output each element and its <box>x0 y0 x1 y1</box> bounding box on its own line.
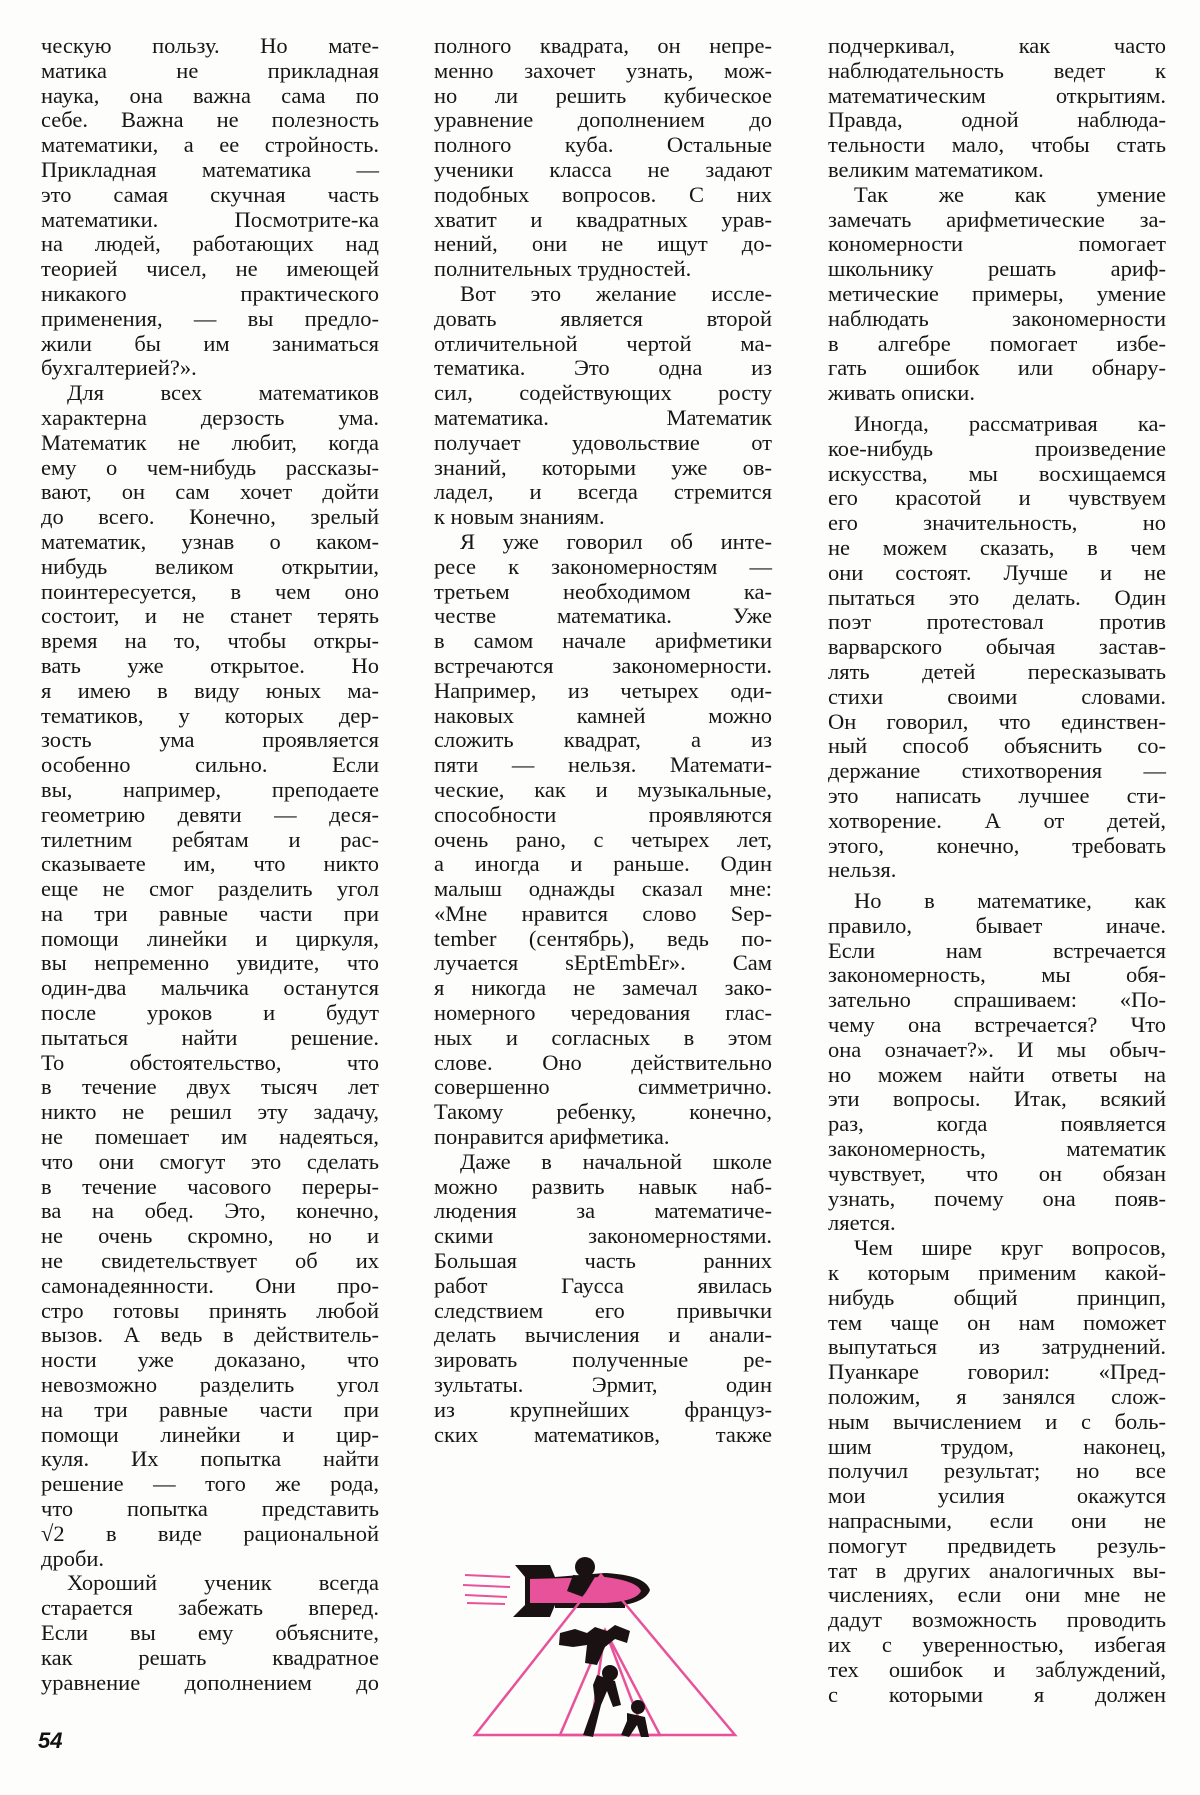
text-line: вать уже открытое. Но <box>41 654 379 679</box>
text-line: эти вопросы. Итак, всякий <box>828 1087 1166 1112</box>
text-line: тематиков, у которых дер- <box>41 704 379 729</box>
text-line: получил результат; но все <box>828 1459 1166 1484</box>
text-line: третьем необходимом ка- <box>434 580 772 605</box>
text-line: до всего. Конечно, зрелый <box>41 505 379 530</box>
text-line: один-два мальчика останутся <box>41 976 379 1001</box>
text-line: Например, из четырех оди- <box>434 679 772 704</box>
text-line: ученики класса не задают <box>434 158 772 183</box>
text-line: жили бы им заниматься <box>41 332 379 357</box>
text-line: закономерность, математик <box>828 1137 1166 1162</box>
paragraph: подчеркивал, как частонаблюдательность в… <box>828 34 1166 183</box>
text-line: применения, — вы предло- <box>41 307 379 332</box>
text-line: ным вычислением и с боль- <box>828 1410 1166 1435</box>
text-line: состоит, и не станет терять <box>41 604 379 629</box>
text-line: хотворение. А от детей, <box>828 809 1166 834</box>
text-line: дроби. <box>41 1547 379 1572</box>
text-line: в течение двух тысяч лет <box>41 1075 379 1100</box>
text-line: куля. Их попытка найти <box>41 1447 379 1472</box>
text-line: Для всех математиков <box>41 381 379 406</box>
text-line: стро готовы принять любой <box>41 1299 379 1324</box>
text-line: людения за математиче- <box>434 1199 772 1224</box>
text-line: никакого практического <box>41 282 379 307</box>
text-line: в самом начале арифметики <box>434 629 772 654</box>
text-line: Но в математике, как <box>828 889 1166 914</box>
text-line: характерна дерзость ума. <box>41 406 379 431</box>
text-line: живать описки. <box>828 381 1166 406</box>
text-line: к которым применим какой- <box>828 1261 1166 1286</box>
text-line: тилетним ребятам и рас- <box>41 828 379 853</box>
text-line: Вот это желание иссле- <box>434 282 772 307</box>
text-line: но ли решить кубическое <box>434 84 772 109</box>
text-line: как решать квадратное <box>41 1646 379 1671</box>
text-line: правило, бывает иначе. <box>828 914 1166 939</box>
rocket-pyramid-illustration <box>455 1505 755 1745</box>
text-line: никто не решил эту задачу, <box>41 1100 379 1125</box>
text-line: Если нам встречается <box>828 939 1166 964</box>
text-line: Так же как умение <box>828 183 1166 208</box>
text-line: ческие, как и музыкальные, <box>434 778 772 803</box>
text-line: не свидетельствует об их <box>41 1249 379 1274</box>
text-line: отличительной чертой ма- <box>434 332 772 357</box>
text-line: держание стихотворения — <box>828 759 1166 784</box>
text-line: Такому ребенку, конечно, <box>434 1100 772 1125</box>
text-line: совершенно симметрично. <box>434 1075 772 1100</box>
text-line: слове. Оно действительно <box>434 1051 772 1076</box>
text-line: еще не смог разделить угол <box>41 877 379 902</box>
text-line: вызов. А ведь в действитель- <box>41 1323 379 1348</box>
text-line: я имею в виду юных ма- <box>41 679 379 704</box>
text-line: ности уже доказано, что <box>41 1348 379 1373</box>
text-line: я никогда не замечал зако- <box>434 976 772 1001</box>
text-line: искусства, мы восхищаемся <box>828 462 1166 487</box>
text-line: поинтересуется, в чем оно <box>41 580 379 605</box>
text-line: ческую пользу. Но мате- <box>41 34 379 59</box>
text-line: себе. Важна не полезность <box>41 108 379 133</box>
text-line: поэт протестовал против <box>828 610 1166 635</box>
text-line: на людей, работающих над <box>41 232 379 257</box>
text-line: наука, она важна сама по <box>41 84 379 109</box>
text-line: лучается sEptEmbEr». Сам <box>434 951 772 976</box>
text-line: его значительность, но <box>828 511 1166 536</box>
text-line: не можем сказать, в чем <box>828 536 1166 561</box>
text-line: «Мне нравится слово Sep- <box>434 902 772 927</box>
text-line: что попытка представить <box>41 1497 379 1522</box>
page-number: 54 <box>38 1728 62 1754</box>
text-line: из крупнейших француз- <box>434 1398 772 1423</box>
paragraph: Я уже говорил об инте-ресе к закономерно… <box>434 530 772 1150</box>
text-line: его красотой и чувствуем <box>828 486 1166 511</box>
text-line: особенно сильно. Если <box>41 753 379 778</box>
text-line: Прикладная математика — <box>41 158 379 183</box>
text-line: довать является второй <box>434 307 772 332</box>
text-line: матика не прикладная <box>41 59 379 84</box>
text-line: к новым знаниям. <box>434 505 772 530</box>
text-line: встречаются закономерности. <box>434 654 772 679</box>
text-line: скими закономерностями. <box>434 1224 772 1249</box>
text-line: ских математиков, также <box>434 1423 772 1448</box>
paragraph: Хороший ученик всегдастарается забежать … <box>41 1571 379 1695</box>
text-line: Даже в начальной школе <box>434 1150 772 1175</box>
text-line: решение — того же рода, <box>41 1472 379 1497</box>
text-line: вают, он сам хочет дойти <box>41 480 379 505</box>
text-line: они состоят. Лучше и не <box>828 561 1166 586</box>
paragraph: Даже в начальной школеможно развить навы… <box>434 1150 772 1448</box>
text-line: tember (сентябрь), ведь по- <box>434 927 772 952</box>
paragraph: Так же как умениезамечать арифметические… <box>828 183 1166 406</box>
text-line: тат в других аналогичных вы- <box>828 1559 1166 1584</box>
paragraph: Но в математике, какправило, бывает инач… <box>828 889 1166 1236</box>
text-line: закономерность, мы обя- <box>828 963 1166 988</box>
text-line: чему она встречается? Что <box>828 1013 1166 1038</box>
text-line: вы, например, преподаете <box>41 778 379 803</box>
text-line: ресе к закономерностям — <box>434 555 772 580</box>
text-line: наблюдательность ведет к <box>828 59 1166 84</box>
text-line: полного куба. Остальные <box>434 133 772 158</box>
text-line: кономерности помогает <box>828 232 1166 257</box>
paragraph: Иногда, рассматривая ка-кое-нибудь произ… <box>828 412 1166 883</box>
text-line: но можем найти ответы на <box>828 1063 1166 1088</box>
text-line: Математик не любит, когда <box>41 431 379 456</box>
text-line: очень рано, с четырех лет, <box>434 828 772 853</box>
text-line: ляется. <box>828 1211 1166 1236</box>
text-line: на три равные части при <box>41 1398 379 1423</box>
text-line: математик, узнав о каком- <box>41 530 379 555</box>
text-line: Если вы ему объясните, <box>41 1621 379 1646</box>
text-line: ладел, и всегда стремится <box>434 480 772 505</box>
text-line: сказываете им, что никто <box>41 852 379 877</box>
text-line: варварского обычая застав- <box>828 635 1166 660</box>
text-column-3: подчеркивал, как частонаблюдательность в… <box>828 34 1166 1707</box>
text-line: это написать лучшее сти- <box>828 784 1166 809</box>
text-line: в течение часового переры- <box>41 1175 379 1200</box>
text-line: работ Гаусса явилась <box>434 1274 772 1299</box>
text-line: менно захочет узнать, мож- <box>434 59 772 84</box>
speed-lines-icon <box>463 1575 510 1604</box>
paragraph: Чем шире круг вопросов,к которым примени… <box>828 1236 1166 1707</box>
text-line: нибудь великом открытии, <box>41 555 379 580</box>
text-line: геометрию девяти — деся- <box>41 803 379 828</box>
text-line: пяти — нельзя. Математи- <box>434 753 772 778</box>
text-line: Правда, одной наблюда- <box>828 108 1166 133</box>
text-line: их с уверенностью, избегая <box>828 1633 1166 1658</box>
text-line: раз, когда появляется <box>828 1112 1166 1137</box>
text-line: узнать, почему она появ- <box>828 1187 1166 1212</box>
text-line: сложить квадрат, а из <box>434 728 772 753</box>
text-line: кое-нибудь произведение <box>828 437 1166 462</box>
text-line: Чем шире круг вопросов, <box>828 1236 1166 1261</box>
text-line: шим трудом, наконец, <box>828 1435 1166 1460</box>
text-line: этого, конечно, требовать <box>828 834 1166 859</box>
text-line: зость ума проявляется <box>41 728 379 753</box>
text-line: тематика. Это одна из <box>434 356 772 381</box>
text-line: бухгалтерией?». <box>41 356 379 381</box>
text-line: тем чаще он нам поможет <box>828 1311 1166 1336</box>
text-line: нений, они не ищут до- <box>434 232 772 257</box>
text-line: напрасными, если они не <box>828 1509 1166 1534</box>
text-line: метические примеры, умение <box>828 282 1166 307</box>
text-line: лять детей пересказывать <box>828 660 1166 685</box>
text-line: после уроков и будут <box>41 1001 379 1026</box>
text-line: получает удовольствие от <box>434 431 772 456</box>
text-line: с которыми я должен <box>828 1683 1166 1708</box>
text-line: выпутаться из затруднений. <box>828 1335 1166 1360</box>
text-line: положим, я занялся слож- <box>828 1385 1166 1410</box>
text-line: дадут возможность проводить <box>828 1608 1166 1633</box>
text-line: стихи своими словами. <box>828 685 1166 710</box>
text-line: способности проявляются <box>434 803 772 828</box>
text-line: ва на обед. Это, конечно, <box>41 1199 379 1224</box>
book-page: ческую пользу. Но мате-матика не приклад… <box>0 0 1200 1795</box>
text-line: числениях, если они мне не <box>828 1583 1166 1608</box>
text-line: она означает?». И мы обыч- <box>828 1038 1166 1063</box>
text-line: сил, содействующих росту <box>434 381 772 406</box>
text-line: ный способ объяснить со- <box>828 734 1166 759</box>
text-line: время на то, чтобы откры- <box>41 629 379 654</box>
text-line: пытаться это делать. Один <box>828 586 1166 611</box>
text-line: вы непременно увидите, что <box>41 951 379 976</box>
text-line: Иногда, рассматривая ка- <box>828 412 1166 437</box>
text-line: следствием его привычки <box>434 1299 772 1324</box>
text-line: не очень скромно, но и <box>41 1224 379 1249</box>
text-line: математическим открытиям. <box>828 84 1166 109</box>
text-line: ных и согласных в этом <box>434 1026 772 1051</box>
text-line: понравится арифметика. <box>434 1125 772 1150</box>
text-line: помогут предвидеть резуль- <box>828 1534 1166 1559</box>
text-line: что они смогут это сделать <box>41 1150 379 1175</box>
paragraph: Вот это желание иссле-довать является вт… <box>434 282 772 530</box>
text-line: пытаться найти решение. <box>41 1026 379 1051</box>
text-line: помощи линейки и циркуля, <box>41 927 379 952</box>
text-line: делать вычисления и анали- <box>434 1323 772 1348</box>
text-line: а иногда и раньше. Один <box>434 852 772 877</box>
text-line: школьнику решать ариф- <box>828 257 1166 282</box>
text-line: тех ошибок и заблуждений, <box>828 1658 1166 1683</box>
text-line: √2 в виде рациональной <box>41 1522 379 1547</box>
text-line: наблюдать закономерности <box>828 307 1166 332</box>
paragraph: полного квадрата, он непре-менно захочет… <box>434 34 772 282</box>
text-line: мои усилия окажутся <box>828 1484 1166 1509</box>
text-line: гать ошибок или обнару- <box>828 356 1166 381</box>
text-line: великим математиком. <box>828 158 1166 183</box>
text-line: знаний, которыми уже ов- <box>434 456 772 481</box>
text-line: зательно спрашиваем: «По- <box>828 988 1166 1013</box>
text-line: на три равные части при <box>41 902 379 927</box>
text-line: Большая часть ранних <box>434 1249 772 1274</box>
text-line: можно развить навык наб- <box>434 1175 772 1200</box>
text-line: честве математика. Уже <box>434 604 772 629</box>
text-line: теорией чисел, не имеющей <box>41 257 379 282</box>
text-column-1: ческую пользу. Но мате-матика не приклад… <box>41 34 379 1695</box>
text-line: Пуанкаре говорил: «Пред- <box>828 1360 1166 1385</box>
text-line: замечать арифметические за- <box>828 208 1166 233</box>
text-line: в алгебре помогает избе- <box>828 332 1166 357</box>
text-line: математики, а ее стройность. <box>41 133 379 158</box>
text-line: наковых камней можно <box>434 704 772 729</box>
climbing-figures-icon <box>559 1625 649 1737</box>
text-line: не помешает им надеяться, <box>41 1125 379 1150</box>
text-line: подобных вопросов. С них <box>434 183 772 208</box>
text-line: хватит и квадратных урав- <box>434 208 772 233</box>
text-line: чувствует, что он обязан <box>828 1162 1166 1187</box>
text-line: номерного чередования глас- <box>434 1001 772 1026</box>
paragraph: ческую пользу. Но мате-матика не приклад… <box>41 34 379 381</box>
text-line: это самая скучная часть <box>41 183 379 208</box>
text-line: ему о чем-нибудь рассказы- <box>41 456 379 481</box>
text-line: Он говорил, что единствен- <box>828 710 1166 735</box>
text-line: зультаты. Эрмит, один <box>434 1373 772 1398</box>
text-column-2: полного квадрата, он непре-менно захочет… <box>434 34 772 1447</box>
text-line: полного квадрата, он непре- <box>434 34 772 59</box>
text-line: старается забежать вперед. <box>41 1596 379 1621</box>
text-line: математика. Математик <box>434 406 772 431</box>
text-line: уравнение дополнением до <box>434 108 772 133</box>
text-line: математики. Посмотрите-ка <box>41 208 379 233</box>
text-line: малыш однажды сказал мне: <box>434 877 772 902</box>
text-line: нельзя. <box>828 858 1166 883</box>
text-line: зировать полученные ре- <box>434 1348 772 1373</box>
text-line: невозможно разделить угол <box>41 1373 379 1398</box>
text-line: тельности мало, чтобы стать <box>828 133 1166 158</box>
text-line: нибудь общий принцип, <box>828 1286 1166 1311</box>
text-line: То обстоятельство, что <box>41 1051 379 1076</box>
paragraph: Для всех математиковхарактерна дерзость … <box>41 381 379 1571</box>
text-line: помощи линейки и цир- <box>41 1423 379 1448</box>
text-line: Я уже говорил об инте- <box>434 530 772 555</box>
text-line: подчеркивал, как часто <box>828 34 1166 59</box>
text-line: уравнение дополнением до <box>41 1671 379 1696</box>
text-line: полнительных трудностей. <box>434 257 772 282</box>
text-line: самонадеянности. Они про- <box>41 1274 379 1299</box>
text-line: Хороший ученик всегда <box>41 1571 379 1596</box>
